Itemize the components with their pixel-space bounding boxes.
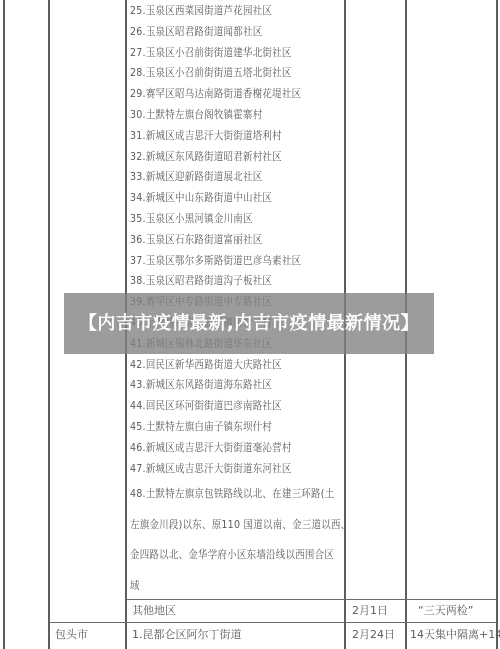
- list-item: 29.赛罕区昭乌达南路街道香榭花堤社区: [130, 87, 315, 101]
- list-item: 46.新城区成吉思汗大街街道毫沁营村: [130, 441, 315, 455]
- cell-area: 1.昆都仑区阿尔丁街道: [132, 628, 242, 642]
- list-item: 26.玉泉区昭君路街道闻都社区: [130, 25, 315, 39]
- list-item: 35.玉泉区小黑河镇金川南区: [130, 212, 315, 226]
- title-overlay: 【内吉市疫情最新,内吉市疫情最新情况】: [64, 293, 434, 354]
- list-item: 47.新城区成吉思汗大街街道东河社区: [130, 462, 315, 476]
- list-item: 32.新城区东风路街道昭君新村社区: [130, 150, 315, 164]
- list-item: 34.新城区中山东路街道中山社区: [130, 191, 315, 205]
- cell-city: 包头市: [55, 628, 88, 642]
- cell-measure: “三天两检”: [418, 604, 473, 618]
- list-item: 27.玉泉区小召前街街道建华北街社区: [130, 46, 315, 60]
- list-item-48-line-4: 域: [130, 579, 315, 593]
- list-item: 31.新城区成吉思汗大街街道塔利村: [130, 129, 315, 143]
- list-item-48-line-3: 金四路以北、金华学府小区东墙沿线以西围合区: [130, 548, 315, 562]
- list-item: 42.回民区新华西路街道大庆路社区: [130, 358, 315, 372]
- list-item: 36.玉泉区石东路街道富丽社区: [130, 233, 315, 247]
- list-item-48-line-1: 48.土默特左旗京包铁路线以北、在建三环路(土: [130, 487, 315, 501]
- cell-area: 其他地区: [132, 604, 176, 618]
- list-item: 30.土默特左旗台阁牧镇霍寨村: [130, 108, 315, 122]
- article-title: 【内吉市疫情最新,内吉市疫情最新情况】: [74, 313, 424, 335]
- list-item: 43.新城区东风路街道海东路社区: [130, 378, 315, 392]
- list-item: 28.玉泉区小召前街街道五塔北街社区: [130, 66, 315, 80]
- cell-measure: 14天集中隔离+14: [410, 628, 500, 642]
- document-page: 25.玉泉区西菜园街道芦花园社区 26.玉泉区昭君路街道闻都社区 27.玉泉区小…: [0, 0, 500, 649]
- row-divider-baotou: [49, 622, 497, 623]
- list-item: 33.新城区迎新路街道展北社区: [130, 170, 315, 184]
- list-item: 37.玉泉区鄂尔多斯路街道巴彦乌素社区: [130, 254, 315, 268]
- table-border-right: [496, 0, 498, 649]
- table-border-left: [3, 0, 5, 649]
- list-item-48-line-2: 左旗金川段)以东、原110 国道以南、金三道以西、: [130, 518, 315, 532]
- cell-date: 2月24日: [352, 628, 395, 642]
- list-item: 38.玉泉区昭君路街道沟子板社区: [130, 274, 315, 288]
- list-item: 44.回民区环河街街道巴彦南路社区: [130, 399, 315, 413]
- table-col-divider-1: [48, 0, 50, 649]
- cell-date: 2月1日: [352, 604, 388, 618]
- list-item: 25.玉泉区西菜园街道芦花园社区: [130, 4, 315, 18]
- list-item: 45.土默特左旗白庙子镇东坝什村: [130, 420, 315, 434]
- row-divider-other: [126, 599, 497, 600]
